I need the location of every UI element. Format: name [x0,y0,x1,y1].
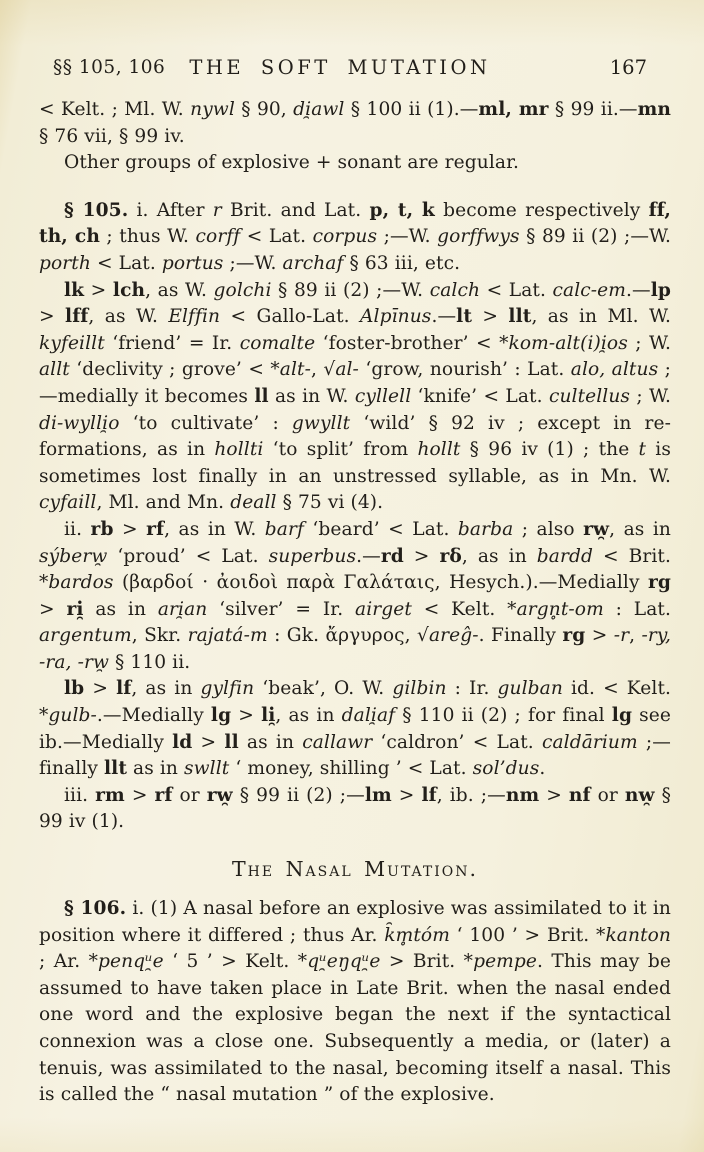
text-run: > [392,785,422,806]
text-run: bardd [537,546,593,567]
text-run: kom-alt(i)i̯os [509,333,628,354]
scanned-book-page: { "colors": { "paper": "#f5f1de", "edge_… [0,0,704,1152]
text-run: > [472,306,508,327]
text-run: porth [39,253,91,274]
text-run: rg [648,572,671,593]
header-chapter-title: THE SOFT MUTATION [39,56,641,79]
text-run: portus [162,253,224,274]
text-run: Elffin [168,306,220,327]
text-run: § 96 iv (1) ; the [460,439,638,460]
text-run: nywl [190,99,235,120]
text-run: lch [113,280,145,301]
text-run: lb [64,678,84,699]
text-run: § 63 iii, etc. [343,253,460,274]
text-run: < Gallo-Lat. [220,306,360,327]
text-run: iii. [64,785,95,806]
text-run: § 76 vii, § 99 iv. [39,126,185,147]
text-run: lff [65,306,88,327]
text-run: pempe [473,951,537,972]
text-run: alt- [280,359,311,380]
text-run: § 89 ii (2) ;—W. [520,226,671,247]
text-run: § 89 ii (2) ;—W. [272,280,430,301]
text-run: ‘ 5 ’ > Kelt. * [164,951,307,972]
text-run: gorffwys [437,226,520,247]
text-run: § 99 ii (2) ;— [233,785,365,806]
text-run: ‘silver’ = Ir. [207,599,355,620]
text-run: rajatá-m [188,625,268,646]
text-run: golchi [214,280,272,301]
text-run: ‘friend’ = Ir. [105,333,240,354]
text-run: ; W. [628,333,671,354]
text-run: lm [365,785,392,806]
text-run: ‘knife’ < Lat. [411,386,549,407]
text-run: § 106. [64,898,126,919]
text-run: rm [95,785,125,806]
text-run: rf [146,519,164,540]
text-run: gulb- [48,705,97,726]
text-run: < Lat. [91,253,162,274]
text-run: § 75 vi (4). [277,492,384,513]
text-run: lp [651,280,671,301]
text-run: hollti [214,439,263,460]
paragraph: lb > lf, as in gylfin ‘beak’, O. W. gilb… [39,676,671,782]
text-run: li̯ [261,705,275,726]
text-run: sýberw̯ [39,546,107,567]
text-run: < Lat. [480,280,552,301]
text-run: caldārium [542,732,638,753]
text-run: rg [562,625,585,646]
text-run: di̯awl [293,99,344,120]
text-run: nm [506,785,539,806]
text-run: > [231,705,261,726]
paragraph: ii. rb > rf, as in W. barf ‘beard’ < Lat… [39,517,671,677]
text-run: ‘grow, nourish’ : Lat. [359,359,571,380]
text-run: : Ir. [447,678,498,699]
text-run: § 105. [64,200,128,221]
paragraph: lk > lch, as W. golchi § 89 ii (2) ;—W. … [39,278,671,517]
text-run: airget [355,599,412,620]
text-run: ‘ money, shilling ’ < Lat. [229,758,472,779]
text-run: Brit. and Lat. [222,200,370,221]
text-run: rf [155,785,173,806]
text-run: corff [196,226,241,247]
text-run: corpus [313,226,378,247]
text-run: < Kelt. * [412,599,517,620]
text-run: < Kelt. ; Ml. W. [39,99,190,120]
text-run: > [192,732,224,753]
text-run: rd [381,546,404,567]
text-run: barf [265,519,304,540]
text-run: ;—W. [223,253,282,274]
text-run: ‘to split’ from [263,439,417,460]
text-run: di-wylli̯o [39,413,120,434]
paragraph: Other groups of explosive + sonant are r… [39,150,671,177]
text-run: nf [569,785,591,806]
text-run: ‘to cultivate’ : [120,413,292,434]
text-run: llt [104,758,127,779]
text-run: > [404,546,440,567]
text-run: become respectively [435,200,649,221]
text-run: calch [430,280,480,301]
text-run: ; also [513,519,583,540]
text-run: : Gk. ἄργυρος, √ [268,625,429,646]
text-run: cultellus [549,386,630,407]
text-run: argentum [39,625,132,646]
section-heading: The Nasal Mutation. [39,857,671,881]
text-run: ;—W. [377,226,437,247]
text-run: < Lat. [240,226,312,247]
text-run: ml, mr [478,99,548,120]
text-run: kanton [605,925,671,946]
text-run: argn̥t-om [517,599,604,620]
paragraph: § 105. i. After r Brit. and Lat. p, t, k… [39,198,671,278]
text-run: ‘declivity ; grove’ < * [70,359,280,380]
text-run: . Finally [479,625,563,646]
text-run: § 110 ii. [109,652,190,673]
text-run: : Lat. [604,599,671,620]
text-run: .— [356,546,381,567]
text-run: § 100 ii (1).— [344,99,478,120]
text-run: penqᵘ̯e [98,951,164,972]
text-run: qᵘ̯eŋqᵘ̯e [307,951,380,972]
text-run: rw̯ [583,519,609,540]
text-run: mn [638,99,671,120]
text-run: .—Medially [97,705,211,726]
text-run: .— [431,306,456,327]
text-run: dali̯af [342,705,395,726]
text-run: > [125,785,155,806]
text-run: nw̯ [625,785,655,806]
text-run: lf [116,678,131,699]
text-run: , Ml. and Mn. [96,492,230,513]
text-run: areĝ- [429,625,479,646]
text-run: . [539,758,545,779]
text-run: sol’dus [473,758,540,779]
text-run: ; W. [630,386,671,407]
text-run: calc-em [553,280,626,301]
text-run: -r [614,625,629,646]
text-run: ri̯ [66,599,83,620]
paragraph: § 106. i. (1) A nasal before an explosiv… [39,896,671,1109]
text-run: as in [84,599,158,620]
text-run: , [629,625,641,646]
text-run: lt [456,306,472,327]
text-run: k̑m̥tóm [384,925,450,946]
text-run: ‘beard’ < Lat. [304,519,458,540]
text-run: > Brit. * [381,951,474,972]
text-run: . This may be assumed to have taken plac… [39,951,671,1105]
text-run: as in [239,732,302,753]
text-run: , as W. [88,306,168,327]
text-run: ; Ar. * [39,951,98,972]
text-run: hollt [417,439,460,460]
text-run: comalte [240,333,315,354]
text-run: , ib. ;— [437,785,506,806]
text-run: cyfaill [39,492,96,513]
text-run: lk [64,280,84,301]
text-run: § 110 ii (2) ; for final [395,705,612,726]
text-run: swllt [184,758,229,779]
text-run: rw̯ [207,785,233,806]
text-run: gylfin [200,678,254,699]
text-run: , as in Ml. W. [531,306,671,327]
text-run: gilbin [392,678,446,699]
text-run: gwyllt [292,413,350,434]
text-run: ld [172,732,192,753]
text-run: .— [626,280,651,301]
text-run: bardos [48,572,113,593]
text-run: r [213,200,222,221]
text-run: ‘proud’ < Lat. [107,546,268,567]
text-run: (βαρδοί · ἀοιδοὶ παρὰ Γαλάταις, Hesych.)… [114,572,648,593]
text-run: gulban [498,678,563,699]
text-run: , as in [609,519,671,540]
text-run: cyllell [355,386,411,407]
text-run: or [591,785,625,806]
text-run: lg [211,705,231,726]
text-run: ‘beak’, O. W. [254,678,392,699]
book-page: §§ 105, 106 THE SOFT MUTATION 167 < Kelt… [0,0,704,1152]
text-run: rb [91,519,114,540]
text-run: deall [230,492,276,513]
text-run: al- [335,359,359,380]
text-run: lf [421,785,436,806]
text-run: or [173,785,207,806]
text-run: > [39,306,65,327]
text-run: , as in [275,705,341,726]
text-run: lg [612,705,632,726]
page-body: < Kelt. ; Ml. W. nywl § 90, di̯awl § 100… [39,97,671,1109]
text-run: i. After [128,200,213,221]
text-run: p, t, k [369,200,434,221]
text-run: alo, altus [571,359,658,380]
text-run: > [114,519,147,540]
text-run: archaf [283,253,344,274]
text-run: kyfeillt [39,333,105,354]
text-run: Alpīnus [360,306,431,327]
text-run: > [539,785,569,806]
text-run: callawr [302,732,372,753]
text-run: > [585,625,613,646]
text-run: , as in [462,546,537,567]
text-run: as in [127,758,184,779]
text-run: § 90, [235,99,293,120]
page-number: 167 [610,56,647,79]
text-run: , Skr. [132,625,188,646]
text-run: Other groups of explosive + sonant are r… [64,152,519,173]
text-run: ll [254,386,268,407]
text-run: ll [224,732,238,753]
text-run: , √ [311,359,335,380]
text-run: t [639,439,647,460]
text-run: > [39,599,66,620]
text-run: > [84,678,116,699]
text-run: ‘foster-brother’ < * [315,333,508,354]
text-run: allt [39,359,70,380]
text-run: ii. [64,519,91,540]
text-run: ‘caldron’ < Lat. [372,732,542,753]
text-run: ari̯an [158,599,207,620]
text-run: ; thus W. [100,226,196,247]
text-run: > [84,280,113,301]
text-run: , as W. [145,280,213,301]
paragraph: < Kelt. ; Ml. W. nywl § 90, di̯awl § 100… [39,97,671,150]
text-run: llt [508,306,531,327]
paragraph: iii. rm > rf or rw̯ § 99 ii (2) ;—lm > l… [39,783,671,836]
text-run: superbus [269,546,357,567]
text-run: as in W. [269,386,355,407]
text-run: barba [458,519,513,540]
text-run: § 99 ii.— [549,99,638,120]
text-run: , as in [131,678,200,699]
text-run: , as in W. [164,519,265,540]
text-run: ‘ 100 ’ > Brit. * [450,925,606,946]
text-run: rδ [439,546,461,567]
running-header: §§ 105, 106 THE SOFT MUTATION 167 [39,56,671,82]
